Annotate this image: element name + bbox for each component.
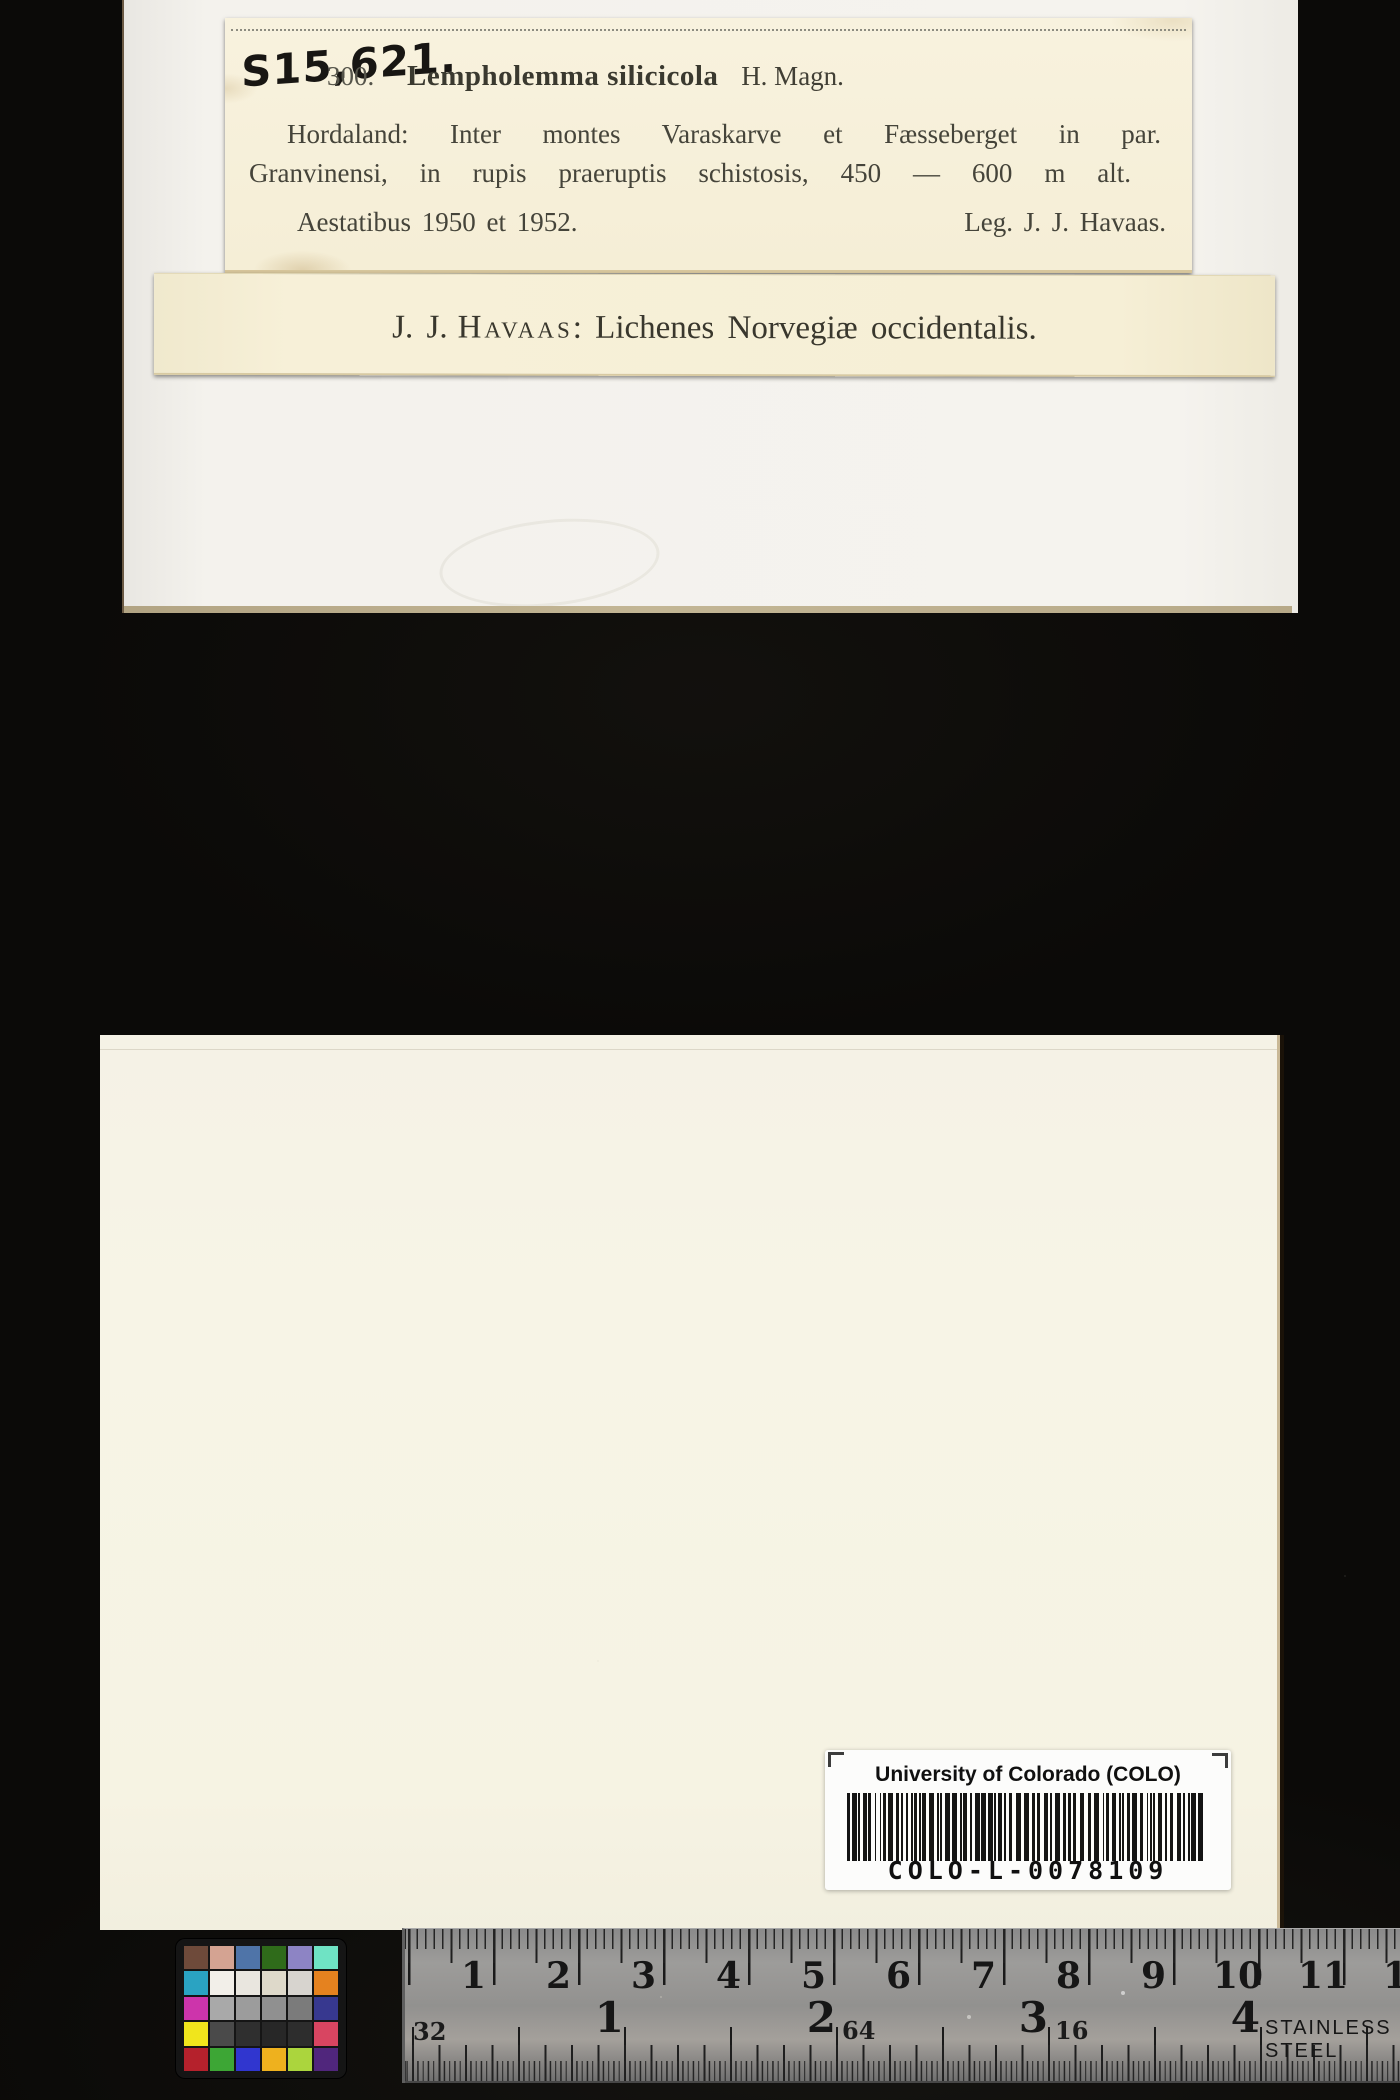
barcode-bar	[1055, 1793, 1060, 1861]
barcode-bar	[1073, 1793, 1076, 1861]
barcode-bar	[988, 1793, 993, 1861]
color-patch	[236, 2022, 260, 2045]
barcode-bar	[880, 1793, 882, 1861]
barcode-bar	[963, 1793, 966, 1861]
series-number: 300.	[327, 61, 374, 91]
registration-mark-right-icon	[1212, 1753, 1228, 1768]
color-patch	[184, 1971, 208, 1994]
barcode-bar	[919, 1793, 921, 1861]
barcode-bar	[868, 1793, 871, 1861]
barcode-bar	[901, 1793, 903, 1861]
barcode-bar	[922, 1793, 925, 1861]
color-calibration-target	[176, 1939, 346, 2078]
ruler-inch-number: 10	[1213, 1955, 1251, 1997]
ruler-inch-number: 5	[788, 1955, 826, 1997]
photo-background: S15,621. 300. Lempholemma silicicola H. …	[0, 0, 1400, 2100]
ruler-scale-label-32: 32	[413, 2017, 446, 2046]
ruler-bottom-number: 4	[1224, 1993, 1260, 2042]
barcode-bar	[1037, 1793, 1040, 1861]
barcode-text: COLO-L-0078109	[825, 1856, 1231, 1885]
ruler-inch-number: 3	[618, 1955, 656, 1997]
ruler-inch-number: 8	[1043, 1955, 1081, 1997]
color-patch	[288, 1971, 312, 1994]
exsiccata-title: : Lichenes Norvegiæ occidentalis.	[573, 310, 1037, 348]
barcode-bar	[1198, 1793, 1203, 1861]
color-patch	[314, 2048, 338, 2071]
barcode-bar	[1153, 1793, 1155, 1861]
barcode-bar	[1177, 1793, 1182, 1861]
barcode-bar	[1063, 1793, 1066, 1861]
barcode-bar	[1188, 1793, 1190, 1861]
ruler-scale-label-16: 16	[1055, 2016, 1088, 2045]
barcode-bar	[998, 1793, 1003, 1861]
barcode-bar	[896, 1793, 899, 1861]
barcode-bar	[1158, 1793, 1161, 1861]
specimen-label: S15,621. 300. Lempholemma silicicola H. …	[225, 18, 1192, 273]
ruler-inch-number: 9	[1128, 1955, 1166, 1997]
ruler-bottom-number: 3	[1012, 1993, 1048, 2042]
barcode-bar	[940, 1793, 942, 1861]
barcode-bar	[994, 1793, 996, 1861]
barcode-bar	[1004, 1793, 1006, 1861]
barcode-bar	[1024, 1793, 1029, 1861]
color-patch	[236, 1971, 260, 1994]
barcode-bar	[911, 1793, 913, 1861]
date-text: Aestatibus 1950 et 1952.	[297, 207, 577, 238]
color-patch	[184, 1946, 208, 1969]
ruler-scale-label-64: 64	[842, 2016, 875, 2045]
barcode-bar	[970, 1793, 972, 1861]
barcode-bar	[1165, 1793, 1167, 1861]
barcode-bar	[1106, 1793, 1109, 1861]
color-patch	[262, 1971, 286, 1994]
barcode-bar	[960, 1793, 962, 1861]
barcode-bar	[858, 1793, 860, 1861]
collector-text: Leg. J. J. Havaas.	[964, 207, 1166, 238]
ruler-inch-number: 12	[1383, 1955, 1400, 1997]
barcode-bar	[952, 1793, 957, 1861]
ruler-bottom-number: 2	[800, 1993, 836, 2042]
color-patch	[288, 2022, 312, 2045]
barcode-bar	[981, 1793, 986, 1861]
color-patch	[262, 2022, 286, 2045]
packet-card: University of Colorado (COLO) COLO-L-007…	[100, 1035, 1280, 1930]
barcode-bar	[914, 1793, 917, 1861]
embossed-stamp	[435, 509, 664, 618]
barcode-bar	[1127, 1793, 1130, 1861]
barcode-bar	[883, 1793, 886, 1861]
barcode-bar	[1080, 1793, 1085, 1861]
top-sheet: S15,621. 300. Lempholemma silicicola H. …	[122, 0, 1298, 613]
color-patch	[314, 1997, 338, 2020]
color-patch	[288, 1946, 312, 1969]
ruler-inch-number: 1	[448, 1955, 486, 1997]
barcode-bar	[1068, 1793, 1071, 1861]
ruler: 32 64 16 STAINLESS STEEL 123456789101112…	[402, 1928, 1400, 2083]
barcode-bar	[1016, 1793, 1021, 1861]
color-patch	[314, 1946, 338, 1969]
locality-line-2: Granvinensi, in rupis praeruptis schisto…	[249, 158, 1131, 189]
color-patch	[210, 1971, 234, 1994]
barcode-bar	[1032, 1793, 1035, 1861]
registration-mark-left-icon	[828, 1752, 844, 1767]
color-patch	[288, 2048, 312, 2071]
species-line: 300. Lempholemma silicicola H. Magn.	[327, 60, 844, 93]
color-patch	[210, 2048, 234, 2071]
barcode-bar	[1183, 1793, 1185, 1861]
ruler-material-text: STAINLESS STEEL	[1265, 2017, 1400, 2063]
color-patch	[184, 2022, 208, 2045]
barcode-bar	[1050, 1793, 1052, 1861]
barcode-bar	[1112, 1793, 1115, 1861]
barcode-bar	[975, 1793, 980, 1861]
ruler-bottom-number: 1	[588, 1993, 624, 2042]
barcode-bar	[875, 1793, 877, 1861]
color-patch	[314, 2022, 338, 2045]
color-patch	[184, 1997, 208, 2020]
color-patch	[262, 2048, 286, 2071]
barcode-bar	[1147, 1793, 1149, 1861]
color-patch	[184, 2048, 208, 2071]
ruler-inch-number: 2	[533, 1955, 571, 1997]
barcode-bar	[863, 1793, 866, 1861]
barcode-bar	[1103, 1793, 1105, 1861]
color-patch	[236, 1946, 260, 1969]
barcode-bar	[852, 1793, 857, 1861]
barcode-bar	[1119, 1793, 1121, 1861]
color-patch	[262, 1946, 286, 1969]
barcode-bar	[929, 1793, 934, 1861]
locality-line-1: Hordaland: Inter montes Varaskarve et Fæ…	[287, 119, 1161, 150]
color-patch	[236, 2048, 260, 2071]
color-patch	[262, 1997, 286, 2020]
color-patch-grid	[184, 1946, 338, 2071]
barcode-bar	[937, 1793, 939, 1861]
barcode-bar	[1044, 1793, 1049, 1861]
barcode-bar	[1170, 1793, 1173, 1861]
color-patch	[210, 2022, 234, 2045]
ruler-inch-number: 6	[873, 1955, 911, 1997]
exsiccata-author-name: Havaas	[458, 309, 573, 346]
color-patch	[210, 1946, 234, 1969]
barcode-bar	[906, 1793, 908, 1861]
barcode-bar	[847, 1793, 850, 1861]
color-patch	[314, 1971, 338, 1994]
barcode-bar	[1191, 1793, 1196, 1861]
barcode-bar	[1009, 1793, 1012, 1861]
barcode-bar	[1094, 1793, 1099, 1861]
species-authority: H. Magn.	[741, 61, 844, 91]
barcode-bar	[1088, 1793, 1091, 1861]
ruler-inch-number: 11	[1298, 1955, 1336, 1997]
exsiccata-label: J. J.Havaas: Lichenes Norvegiæ occidenta…	[154, 273, 1275, 377]
date-collector-line: Aestatibus 1950 et 1952. Leg. J. J. Hava…	[297, 207, 1166, 238]
color-patch	[236, 1997, 260, 2020]
species-name: Lempholemma silicicola	[407, 60, 718, 92]
barcode-bar	[1132, 1793, 1137, 1861]
dust-specks	[0, 0, 2, 2]
exsiccata-author-prefix: J. J.	[392, 309, 448, 346]
ruler-inch-number: 4	[703, 1955, 741, 1997]
barcode-bar	[1150, 1793, 1152, 1861]
color-patch	[288, 1997, 312, 2020]
ruler-inch-number: 7	[958, 1955, 996, 1997]
barcode-label: University of Colorado (COLO) COLO-L-007…	[825, 1750, 1231, 1890]
institution-name: University of Colorado (COLO)	[825, 1750, 1231, 1787]
barcode-bar	[1122, 1793, 1124, 1861]
barcode-bar	[945, 1793, 950, 1861]
barcode-bar	[888, 1793, 893, 1861]
color-patch	[210, 1997, 234, 2020]
barcode-bar	[1140, 1793, 1143, 1861]
barcode	[847, 1793, 1209, 1861]
perforation-line	[231, 29, 1186, 31]
